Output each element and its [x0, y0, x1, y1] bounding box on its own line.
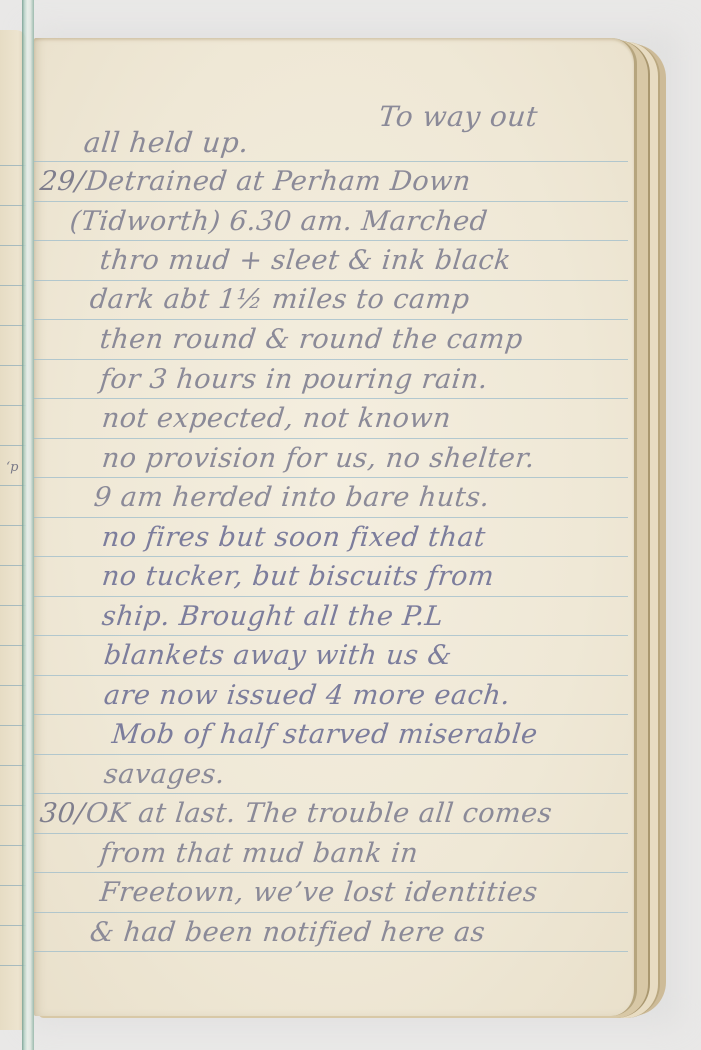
ruled-line: [34, 754, 628, 755]
diary-page: all held up. To way out 29/ Detrained at…: [34, 38, 637, 1016]
entry-line: savages.: [102, 759, 226, 790]
ruled-line: [34, 161, 628, 162]
entry-line: Mob of half starved miserable: [110, 719, 539, 750]
entry-line: dark abt 1½ miles to camp: [88, 284, 471, 315]
ruled-line: [34, 201, 628, 202]
header-line: all held up.: [82, 126, 250, 159]
ruled-line: [34, 596, 628, 597]
entry-line: no fires but soon fixed that: [100, 522, 487, 553]
ruled-line: [34, 556, 628, 557]
ruled-line: [34, 240, 628, 241]
entry-line: ship. Brought all the P.L: [100, 601, 445, 632]
ruled-line: [34, 793, 628, 794]
ruled-line: [34, 359, 628, 360]
ruled-line: [34, 319, 628, 320]
ruled-line: [34, 280, 628, 281]
entry-line: thro mud + sleet & ink black: [98, 245, 512, 276]
binding-strip: [22, 0, 34, 1050]
entry-date: 29/: [38, 166, 86, 197]
ruled-line: [34, 951, 628, 952]
entry-line: not expected, not known: [100, 403, 452, 434]
entry-line: 9 am herded into bare huts.: [92, 482, 491, 513]
entry-line: are now issued 4 more each.: [102, 680, 512, 711]
entry-line: (Tidworth) 6.30 am. Marched: [68, 206, 489, 237]
entry-line: from that mud bank in: [98, 838, 419, 869]
ruled-line: [34, 833, 628, 834]
entry-line: Detrained at Perham Down: [84, 166, 472, 197]
entry-line: for 3 hours in pouring rain.: [98, 364, 489, 395]
ruled-line: [34, 438, 628, 439]
entry-line: no provision for us, no shelter.: [100, 443, 536, 474]
entry-line: & had been notified here as: [88, 917, 486, 948]
entry-line: blankets away with us &: [102, 640, 453, 671]
ruled-line: [34, 714, 628, 715]
ruled-line: [34, 517, 628, 518]
entry-date: 30/: [38, 798, 86, 829]
entry-line: no tucker, but biscuits from: [100, 561, 495, 592]
header-note-right: To way out: [377, 100, 539, 133]
ruled-line: [34, 398, 628, 399]
entry-line: then round & round the camp: [98, 324, 524, 355]
ruled-line: [34, 477, 628, 478]
ruled-line: [34, 635, 628, 636]
ruled-line: [34, 675, 628, 676]
prev-page-mark: ‘p: [6, 460, 18, 475]
ruled-line: [34, 912, 628, 913]
entry-line: OK at last. The trouble all comes: [84, 798, 553, 829]
ruled-line: [34, 872, 628, 873]
entry-line: Freetown, we’ve lost identities: [98, 877, 539, 908]
